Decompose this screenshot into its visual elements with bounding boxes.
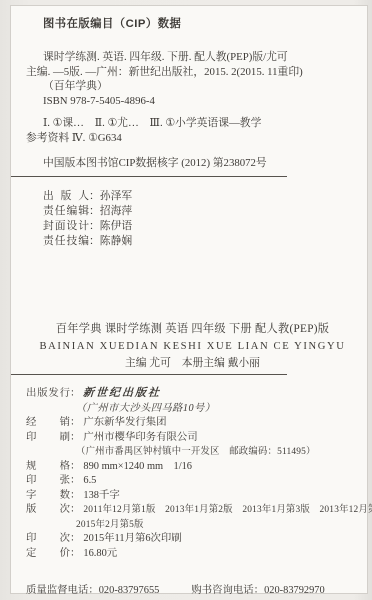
publishing-row: 出版发行：新世纪出版社 — [26, 386, 359, 402]
quality-phone: 质量监督电话：020-83797655 — [26, 581, 159, 596]
word-count: 138千字 — [80, 489, 119, 504]
publishing-row: 版次：2011年12月第1版 2013年1月第2版 2013年1月第3版 201… — [26, 503, 359, 518]
publishing-label: 印刷 — [26, 431, 70, 446]
printing-run: 2015年11月第6次印刷 — [80, 532, 181, 547]
publishing-row: 印次：2015年11月第6次印刷 — [26, 532, 359, 547]
publishing-label: 定价 — [26, 547, 70, 562]
publishing-row: （广州市番禺区钟村镇中一开发区 邮政编码：511495） — [26, 445, 359, 460]
book-title-pinyin: BAINIAN XUEDIAN KESHI XUE LIAN CE YINGYU — [26, 338, 359, 355]
publishing-row: 经销：广东新华发行集团 — [26, 416, 359, 431]
colon: ： — [89, 189, 100, 204]
sheet-count: 6.5 — [80, 474, 96, 489]
price: 16.80元 — [80, 547, 117, 562]
colon: ： — [70, 532, 80, 547]
staff-label: 责任技编 — [43, 234, 89, 249]
colon: ： — [70, 547, 80, 562]
staff-value: 孙泽军 — [100, 189, 132, 204]
staff-block: 出版人：孙泽军 责任编辑：招海萍 封面设计：陈伊语 责任技编：陈静娴 — [43, 189, 359, 249]
staff-label: 出版人 — [43, 189, 89, 204]
staff-label: 责任编辑 — [43, 204, 89, 219]
book-photo-background: 图书在版编目（CIP）数据 课时学练测. 英语. 四年级. 下册. 配人教(PE… — [0, 0, 372, 600]
staff-row: 责任编辑：招海萍 — [43, 204, 359, 219]
colon: ： — [70, 431, 80, 446]
edition-history: 2011年12月第1版 2013年1月第2版 2013年1月第3版 2013年1… — [80, 503, 372, 518]
staff-value: 招海萍 — [100, 204, 132, 219]
publishing-label: 印张 — [26, 474, 70, 489]
colon: ： — [70, 460, 80, 475]
publishing-label: 印次 — [26, 532, 70, 547]
printer: 广州市樱华印务有限公司 — [80, 431, 197, 446]
printer-address: （广州市番禺区钟村镇中一开发区 邮政编码：511495） — [73, 445, 316, 460]
publishing-label: 经销 — [26, 416, 70, 431]
cip-record-number: 中国版本图书馆CIP数据核字 (2012) 第238072号 — [26, 156, 359, 170]
copyright-page: 图书在版编目（CIP）数据 课时学练测. 英语. 四年级. 下册. 配人教(PE… — [10, 5, 368, 594]
publishing-label: 出版发行 — [26, 387, 70, 402]
publishing-row: 印张：6.5 — [26, 474, 359, 489]
staff-value: 陈静娴 — [100, 234, 132, 249]
isbn-line: ISBN 978-7-5405-4896-4 — [26, 94, 359, 109]
cip-description: 课时学练测. 英语. 四年级. 下册. 配人教(PEP)版/尤可 主编. —5版… — [26, 50, 359, 108]
staff-row: 封面设计：陈伊语 — [43, 219, 359, 234]
colon: ： — [89, 204, 100, 219]
publishing-label: 规格 — [26, 460, 70, 475]
distributor: 广东新华发行集团 — [80, 416, 166, 431]
format-spec: 890 mm×1240 mm 1/16 — [80, 460, 192, 475]
divider-rule-bottom — [11, 374, 287, 375]
purchase-phone: 购书咨询电话：020-83792970 — [191, 581, 324, 596]
editors-line: 主编 尤可 本册主编 戴小丽 — [26, 355, 359, 371]
publishing-row: 2015年2月第5版 — [26, 518, 359, 533]
classification-line: Ⅰ. ①课… Ⅱ. ①尤… Ⅲ. ①小学英语课—教学 — [26, 116, 359, 131]
book-title-cn: 百年学典 课时学练测 英语 四年级 下册 配人教(PEP)版 — [26, 321, 359, 338]
publishing-block: 出版发行：新世纪出版社 （广州市大沙头四马路10号） 经销：广东新华发行集团 印… — [26, 386, 359, 561]
cip-description-line: 课时学练测. 英语. 四年级. 下册. 配人教(PEP)版/尤可 — [26, 50, 359, 65]
colon: ： — [89, 219, 100, 234]
publishing-label: 字数 — [26, 489, 70, 504]
publishing-row: 字数：138千字 — [26, 489, 359, 504]
staff-value: 陈伊语 — [100, 219, 132, 234]
publishing-row: 定价：16.80元 — [26, 547, 359, 562]
publisher-address: （广州市大沙头四马路10号） — [73, 402, 215, 417]
publishing-row: 印刷：广州市樱华印务有限公司 — [26, 431, 359, 446]
cip-description-line: 主编. —5版. —广州：新世纪出版社，2015. 2(2015. 11重印) — [26, 65, 359, 80]
cip-classification: Ⅰ. ①课… Ⅱ. ①尤… Ⅲ. ①小学英语课—教学 参考资料 Ⅳ. ①G634 — [26, 116, 359, 145]
colon: ： — [89, 234, 100, 249]
edition-history-continued: 2015年2月第5版 — [73, 518, 144, 533]
staff-label: 封面设计 — [43, 219, 89, 234]
cip-description-line: （百年学典） — [26, 79, 359, 94]
colon: ： — [70, 416, 80, 431]
title-block: 百年学典 课时学练测 英语 四年级 下册 配人教(PEP)版 BAINIAN X… — [26, 321, 359, 371]
cip-heading: 图书在版编目（CIP）数据 — [43, 15, 359, 31]
staff-row: 责任技编：陈静娴 — [43, 234, 359, 249]
colon: ： — [70, 503, 80, 518]
publishing-label: 版次 — [26, 503, 70, 518]
staff-row: 出版人：孙泽军 — [43, 189, 359, 204]
publisher-name: 新世纪出版社 — [80, 386, 162, 401]
colon: ： — [70, 474, 80, 489]
colon: ： — [70, 489, 80, 504]
classification-line: 参考资料 Ⅳ. ①G634 — [26, 131, 359, 146]
divider-rule-top — [11, 176, 287, 177]
publishing-row: 规格：890 mm×1240 mm 1/16 — [26, 460, 359, 475]
footer-phones: 质量监督电话：020-83797655 购书咨询电话：020-83792970 — [26, 581, 359, 596]
publishing-row: （广州市大沙头四马路10号） — [26, 402, 359, 417]
